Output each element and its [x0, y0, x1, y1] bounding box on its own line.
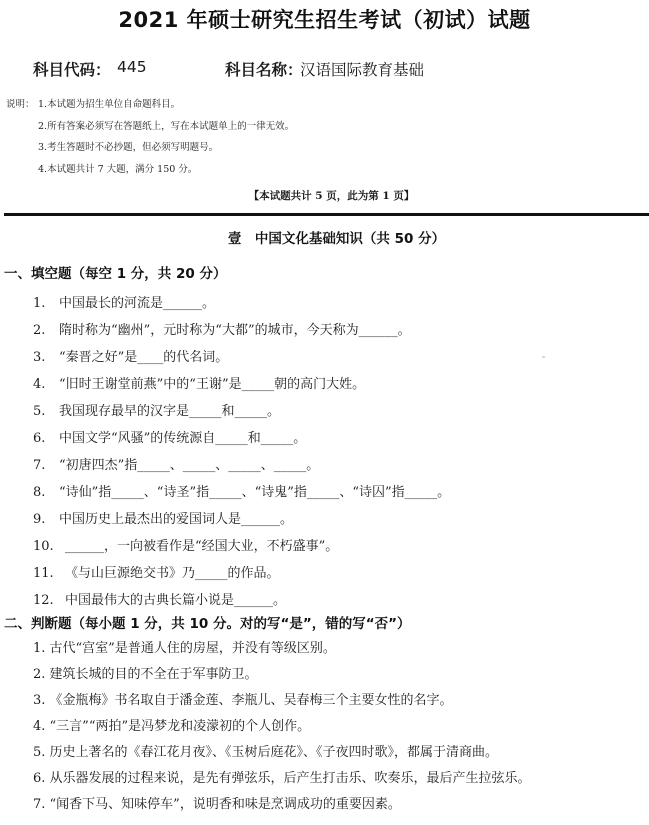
exam-title: 2021 年硕士研究生招生考试（初试）试题 — [0, 4, 649, 34]
fill-in-question: 2.隋时称为“幽州”，元时称为“大都”的城市，今天称为______。 — [33, 319, 411, 338]
fill-in-question: 9.中国历史上最杰出的爱国词人是______。 — [33, 508, 293, 527]
question-number: 8. — [33, 485, 59, 500]
question-number: 1. — [33, 296, 59, 311]
subject-code-value: 445 — [117, 58, 147, 76]
fill-in-question: 8.“诗仙”指_____、“诗圣”指_____、“诗鬼”指_____、“诗囚”指… — [33, 481, 450, 500]
question-text: “诗仙”指_____、“诗圣”指_____、“诗鬼”指_____、“诗囚”指__… — [59, 485, 450, 500]
true-false-question: 1. 古代“宫室”是普通人住的房屋，并没有等级区别。 — [33, 637, 336, 656]
true-false-question: 4. “三言”“两拍”是冯梦龙和凌濛初的个人创作。 — [33, 715, 310, 734]
true-false-question: 6. 从乐器发展的过程来说，是先有弹弦乐，后产生打击乐、吹奏乐，最后产生拉弦乐。 — [33, 767, 531, 786]
question-number: 2. — [33, 323, 59, 338]
question-text: “旧时王谢堂前燕”中的“王谢”是_____朝的高门大姓。 — [59, 377, 365, 392]
question-text: ______，一向被看作是“经国大业，不朽盛事”。 — [65, 539, 338, 554]
question-text: 中国历史上最杰出的爱国词人是______。 — [59, 512, 293, 527]
subject-code-label: 科目代码： — [33, 58, 111, 80]
true-false-question: 2. 建筑长城的目的不全在于军事防卫。 — [33, 663, 258, 682]
question-text: 隋时称为“幽州”，元时称为“大都”的城市，今天称为______。 — [59, 323, 411, 338]
instructions-label: 说明： — [6, 94, 35, 116]
fill-in-question: 4.“旧时王谢堂前燕”中的“王谢”是_____朝的高门大姓。 — [33, 373, 365, 392]
question-number: 3. — [33, 350, 59, 365]
fill-in-question: 5.我国现存最早的汉字是_____和_____。 — [33, 400, 280, 419]
fill-in-question: 7.“初唐四杰”指_____、_____、_____、_____。 — [33, 454, 319, 473]
fill-in-question: 12.中国最伟大的古典长篇小说是______。 — [33, 589, 286, 608]
fill-in-question: 11.《与山巨源绝交书》乃_____的作品。 — [33, 562, 280, 581]
scan-speck — [542, 356, 545, 358]
true-false-question: 7. “闻香下马、知味停车”，说明香和味是烹调成功的重要因素。 — [33, 793, 401, 812]
instruction-text: 2.所有答案必须写在答题纸上，写在本试题单上的一律无效。 — [38, 116, 294, 138]
question-number: 6. — [33, 431, 59, 446]
question-number: 4. — [33, 377, 59, 392]
exam-page: 2021 年硕士研究生招生考试（初试）试题 科目代码： 445 科目名称： 汉语… — [0, 0, 649, 825]
part-title: 壹 中国文化基础知识（共 50 分） — [0, 227, 649, 247]
page-count-note: 【本试题共计 5 页，此为第 1 页】 — [0, 188, 649, 203]
question-text: 中国文学“风骚”的传统源自_____和_____。 — [59, 431, 306, 446]
fill-in-question: 10.______，一向被看作是“经国大业，不朽盛事”。 — [33, 535, 338, 554]
section-heading-fill-in: 一、填空题（每空 1 分，共 20 分） — [4, 262, 226, 282]
true-false-question: 5. 历史上著名的《春江花月夜》、《玉树后庭花》、《子夜四时歌》，都属于清商曲。 — [33, 741, 498, 760]
fill-in-question: 1.中国最长的河流是______。 — [33, 292, 215, 311]
question-number: 9. — [33, 512, 59, 527]
subject-name-value: 汉语国际教育基础 — [300, 58, 424, 80]
question-text: 中国最伟大的古典长篇小说是______。 — [65, 593, 286, 608]
question-number: 10. — [33, 539, 65, 554]
question-text: 中国最长的河流是______。 — [59, 296, 215, 311]
instruction-text: 3.考生答题时不必抄题，但必须写明题号。 — [38, 137, 218, 159]
question-text: “秦晋之好”是____的代名词。 — [59, 350, 228, 365]
fill-in-question: 3.“秦晋之好”是____的代名词。 — [33, 346, 228, 365]
header-divider — [4, 213, 649, 216]
subject-name-label: 科目名称： — [225, 58, 303, 80]
section-heading-true-false: 二、判断题（每小题 1 分，共 10 分。对的写“是”，错的写“否”） — [4, 612, 410, 632]
true-false-question: 3. 《金瓶梅》书名取自于潘金莲、李瓶儿、吴春梅三个主要女性的名字。 — [33, 689, 453, 708]
question-text: “初唐四杰”指_____、_____、_____、_____。 — [59, 458, 319, 473]
question-text: 我国现存最早的汉字是_____和_____。 — [59, 404, 280, 419]
question-text: 《与山巨源绝交书》乃_____的作品。 — [65, 566, 280, 581]
question-number: 7. — [33, 458, 59, 473]
question-number: 11. — [33, 566, 65, 581]
fill-in-question: 6.中国文学“风骚”的传统源自_____和_____。 — [33, 427, 306, 446]
question-number: 12. — [33, 593, 65, 608]
instruction-text: 1.本试题为招生单位自命题科目。 — [38, 94, 180, 116]
instruction-text: 4.本试题共计 7 大题，满分 150 分。 — [38, 159, 197, 181]
question-number: 5. — [33, 404, 59, 419]
